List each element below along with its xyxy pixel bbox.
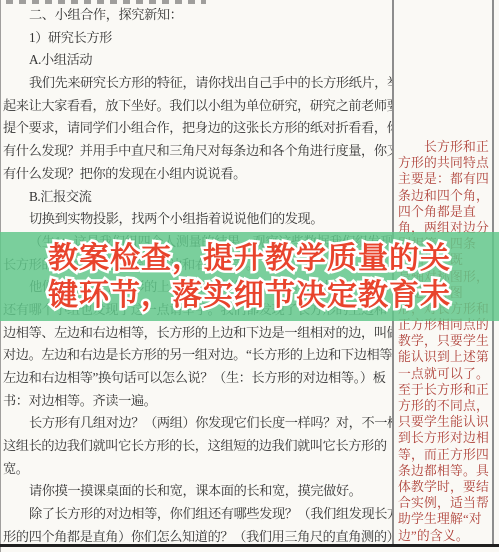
text-line: 等，而正方形四 bbox=[398, 447, 492, 463]
watermark-title-text: 键环节，落实细节决定教育未 bbox=[48, 279, 451, 312]
text-line: 方形的不同点， bbox=[398, 398, 492, 414]
margin-annotation-column: 长方形和正方形的共同特点主要是：都有四条边和四个角，四个角都是直角，两组对边分别… bbox=[398, 139, 492, 544]
text-line: 主要是：都有四 bbox=[398, 171, 492, 187]
text-line: 至于长方形和正 bbox=[398, 382, 492, 398]
text-line: 助学生理解“对 bbox=[398, 511, 492, 527]
text-line: 条边都相等。具 bbox=[398, 463, 492, 479]
text-line: 书：对边相等。齐读一遍。 bbox=[0, 390, 393, 413]
text-line: 有什么发现？把你的发现在小组内说说看。 bbox=[0, 163, 393, 186]
text-line: 四个角都是直 bbox=[398, 204, 492, 220]
text-line: 1）研究长方形 bbox=[0, 27, 393, 50]
text-line: 请你摸一摸课桌面的长和宽，课本面的长和宽，摸完做好。 bbox=[0, 480, 393, 503]
text-line: 左边和右边相等”换句话可以怎么说？（生：长方形的对边相等。）板 bbox=[0, 367, 393, 390]
watermark-banner: 教案检查，提升教学质量的关 教案检查，提升教学质量的关 键环节，落实细节决定教育… bbox=[0, 232, 499, 321]
text-line: 切换到实物投影，找两个小组指着说说他们的发现。 bbox=[0, 208, 393, 231]
text-line: 起来让大家看看，放下坐好。我们以小组为单位研究，研究之前老师要 bbox=[0, 95, 393, 118]
text-line: 我们先来研究长方形的特征，请你找出自己手中的长方形纸片，举 bbox=[0, 72, 393, 95]
text-line: 二、小组合作，探究新知： bbox=[0, 4, 393, 27]
text-line: B.汇报交流 bbox=[0, 186, 393, 209]
text-line: 除了长方形的对边相等，你们组还有哪些发现？（我们组发现长方 bbox=[0, 503, 393, 526]
watermark-title-line-1: 教案检查，提升教学质量的关 教案检查，提升教学质量的关 bbox=[48, 240, 451, 277]
text-line: 宽。 bbox=[0, 458, 393, 481]
text-line: A.小组活动 bbox=[0, 49, 393, 72]
text-line: 提个要求，请同学们小组合作，把身边的这张长方形的纸对折看看，你 bbox=[0, 117, 393, 140]
watermark-title-line-2: 键环节，落实细节决定教育未 键环节，落实细节决定教育未 bbox=[48, 277, 451, 314]
text-line: 对边。左边和右边是长方形的另一组对边。“长方形的上边和下边相等、 bbox=[0, 344, 393, 367]
table-bottom-border bbox=[0, 544, 499, 547]
text-line: 边”的含义。 bbox=[398, 528, 492, 544]
text-line: 长方形和正 bbox=[398, 139, 492, 155]
text-line: 到长方形对边相 bbox=[398, 430, 492, 446]
text-line: 方形的共同特点 bbox=[398, 155, 492, 171]
text-line: 有什么发现？并用手中直尺和三角尺对每条边和各个角进行度量，你又 bbox=[0, 140, 393, 163]
text-line: 能认识到上述第 bbox=[398, 349, 492, 365]
text-line: 合实例，适当帮 bbox=[398, 495, 492, 511]
text-line: 长方形有几组对边？（两组）你发现它们长度一样吗？对，不一样。 bbox=[0, 412, 393, 435]
text-line: 一点就可以了。 bbox=[398, 366, 492, 382]
text-line: 条边和四个角， bbox=[398, 188, 492, 204]
text-line: 边相等、左边和右边相等，长方形的上边和下边是一组相对的边，叫做 bbox=[0, 322, 393, 345]
text-line: 体教学时，要结 bbox=[398, 479, 492, 495]
scanned-lesson-plan-page: 二、小组合作，探究新知：1）研究长方形A.小组活动我们先来研究长方形的特征，请你… bbox=[0, 0, 499, 552]
watermark-title-text: 教案检查，提升教学质量的关 bbox=[48, 242, 451, 275]
text-line: 这组长的边我们就叫它长方形的长，这组短的边我们就叫它长方形的 bbox=[0, 435, 393, 458]
text-line: 教学，只要学生 bbox=[398, 333, 492, 349]
text-line: 只要学生能认识 bbox=[398, 414, 492, 430]
